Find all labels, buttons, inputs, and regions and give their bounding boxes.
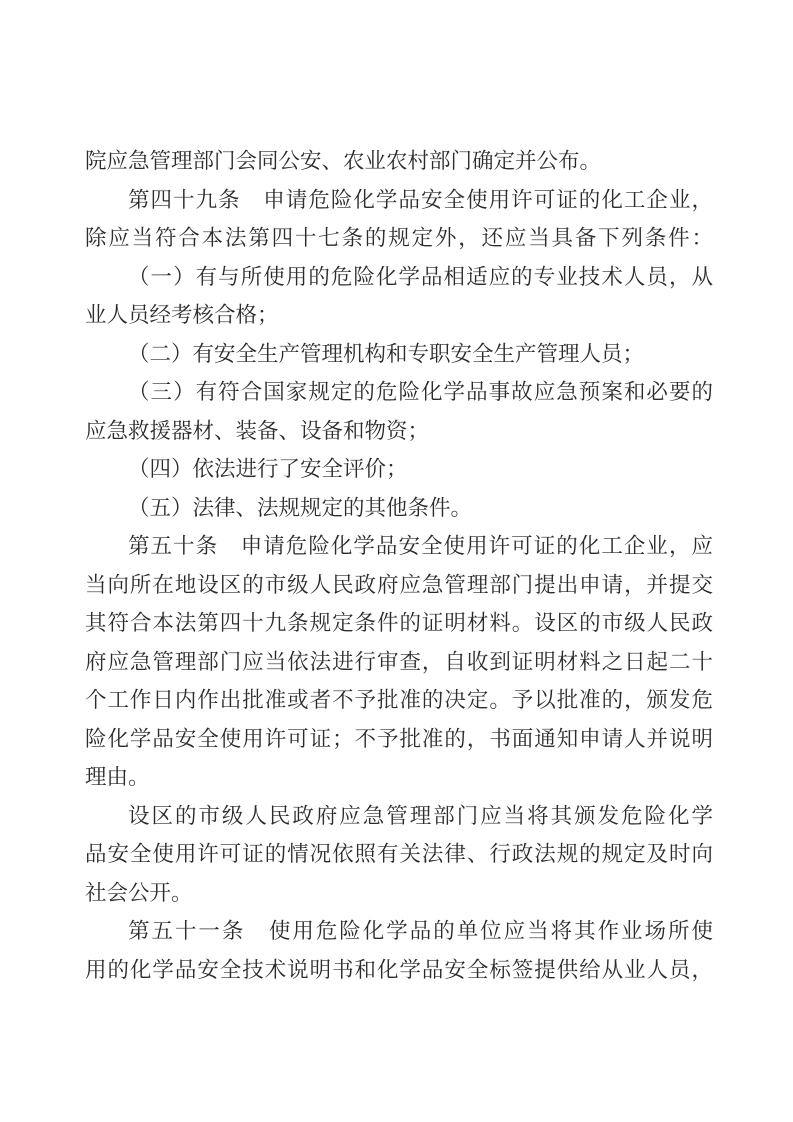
text-line-article-50: 第五十条 申请危险化学品安全使用许可证的化工企业，应 — [85, 527, 713, 566]
text-line: 险化学品安全使用许可证；不予批准的，书面通知申请人并说明 — [85, 720, 713, 759]
text-line: 府应急管理部门应当依法进行审查，自收到证明材料之日起二十 — [85, 643, 713, 682]
text-line: 院应急管理部门会同公安、农业农村部门确定并公布。 — [85, 142, 713, 181]
text-line: 品安全使用许可证的情况依照有关法律、行政法规的规定及时向 — [85, 835, 713, 874]
text-line: 设区的市级人民政府应急管理部门应当将其颁发危险化学 — [85, 797, 713, 836]
legal-text-block: 院应急管理部门会同公安、农业农村部门确定并公布。 第四十九条 申请危险化学品安全… — [85, 142, 713, 989]
text-line-item-5: （五）法律、法规规定的其他条件。 — [85, 489, 713, 528]
text-line: 业人员经考核合格； — [85, 296, 713, 335]
text-line: 除应当符合本法第四十七条的规定外，还应当具备下列条件： — [85, 219, 713, 258]
text-line: 当向所在地设区的市级人民政府应急管理部门提出申请，并提交 — [85, 566, 713, 605]
text-line-article-49: 第四十九条 申请危险化学品安全使用许可证的化工企业， — [85, 181, 713, 220]
text-line: 应急救援器材、装备、设备和物资； — [85, 412, 713, 451]
text-line: 个工作日内作出批准或者不予批准的决定。予以批准的，颁发危 — [85, 681, 713, 720]
text-line-item-1: （一）有与所使用的危险化学品相适应的专业技术人员，从 — [85, 258, 713, 297]
text-line-item-3: （三）有符合国家规定的危险化学品事故应急预案和必要的 — [85, 373, 713, 412]
text-line-item-2: （二）有安全生产管理机构和专职安全生产管理人员； — [85, 335, 713, 374]
document-page: 院应急管理部门会同公安、农业农村部门确定并公布。 第四十九条 申请危险化学品安全… — [0, 0, 793, 1122]
text-line: 其符合本法第四十九条规定条件的证明材料。设区的市级人民政 — [85, 604, 713, 643]
text-line: 社会公开。 — [85, 874, 713, 913]
text-line-article-51: 第五十一条 使用危险化学品的单位应当将其作业场所使 — [85, 912, 713, 951]
text-line: 理由。 — [85, 758, 713, 797]
text-line: 用的化学品安全技术说明书和化学品安全标签提供给从业人员， — [85, 951, 713, 990]
text-line-item-4: （四）依法进行了安全评价； — [85, 450, 713, 489]
